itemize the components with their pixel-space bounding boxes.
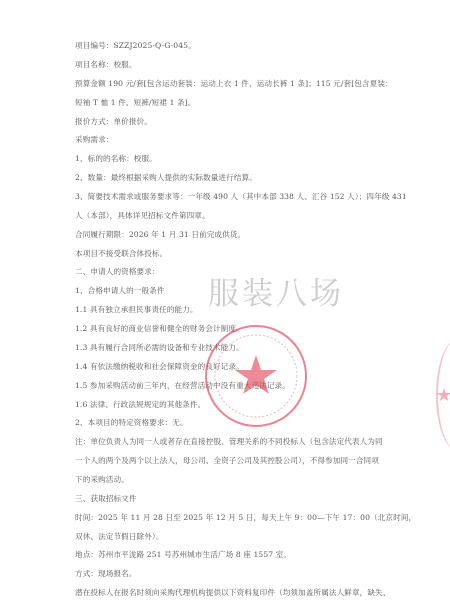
budget-line-2: 短袖 T 恤 1 件、短裤/短裙 1 条]。 [75, 98, 195, 108]
project-number: 项目编号：SZZJ2025-Q-G-045。 [75, 41, 196, 51]
item-quantity: 2、数量：最终根据采购人提供的实际数量进行结算。 [75, 173, 257, 183]
location: 地点：苏州市平泷路 251 号苏州城市生活广场 8 座 1557 室。 [75, 550, 291, 560]
specific-requirements: 2、本项目的特定资格要求：无。 [75, 418, 188, 428]
condition-1-1: 1.1 具有独立承担民事责任的能力。 [75, 305, 198, 315]
tech-req-line-1: 3、简要技术需求或服务要求等：一年级 490 人（其中本部 338 人、汇谷 1… [75, 192, 407, 202]
note-line-1: 注：单位负责人为同一人或者存在直接控股、管理关系的不同投标人（包含法定代表人为同 [75, 437, 383, 447]
registration-method: 方式：现场报名。 [75, 569, 137, 579]
section-3-heading: 三、获取招标文件 [75, 494, 137, 504]
general-conditions: 1、合格申请人的一般条件 [75, 286, 165, 296]
procurement-heading: 采购需求： [75, 135, 113, 145]
quote-method: 报价方式：单价报价。 [75, 117, 152, 127]
time-line-2: 双休、法定节假日除外）。 [75, 532, 164, 542]
note-line-3: 下的采购活动。 [75, 475, 129, 485]
official-seal [205, 325, 307, 427]
materials-note: 潜在投标人在报名时须向采购代理机构提供以下资料复印件（均须加盖所属法人鲜章，缺失… [75, 588, 390, 598]
time-line-1: 时间：2025 年 11 月 28 日至 2025 年 12 月 5 日，每天上… [75, 513, 416, 523]
watermark: 服装八场 [208, 268, 344, 313]
section-2-heading: 二、申请人的资格要求： [75, 267, 160, 277]
condition-1-6: 1.6 法律、行政法规规定的其他条件。 [75, 400, 205, 410]
partial-star-icon: ★ [436, 385, 450, 406]
no-consortium: 本项目不接受联合体投标。 [75, 249, 167, 259]
item-name: 1、标的的名称：校服。 [75, 154, 157, 164]
document-page: 项目编号：SZZJ2025-Q-G-045。 项目名称：校服。 预算金额 190… [0, 0, 450, 600]
tech-req-line-2: 人（本部），具体详见招标文件第四章。 [75, 211, 210, 221]
note-line-2: 一个人的两个及两个以上法人，母公司、全资子公司及其控股公司），不得参加同一合同项 [75, 456, 379, 466]
project-name: 项目名称：校服。 [75, 60, 137, 70]
contract-period: 合同履行期限：2026 年 1 月 31 日前完成供货。 [75, 230, 245, 240]
budget-line-1: 预算金额 190 元/套[包含运动套装：运动上衣 1 件、运动长裤 1 条]；1… [75, 79, 393, 89]
star-icon [207, 327, 305, 425]
